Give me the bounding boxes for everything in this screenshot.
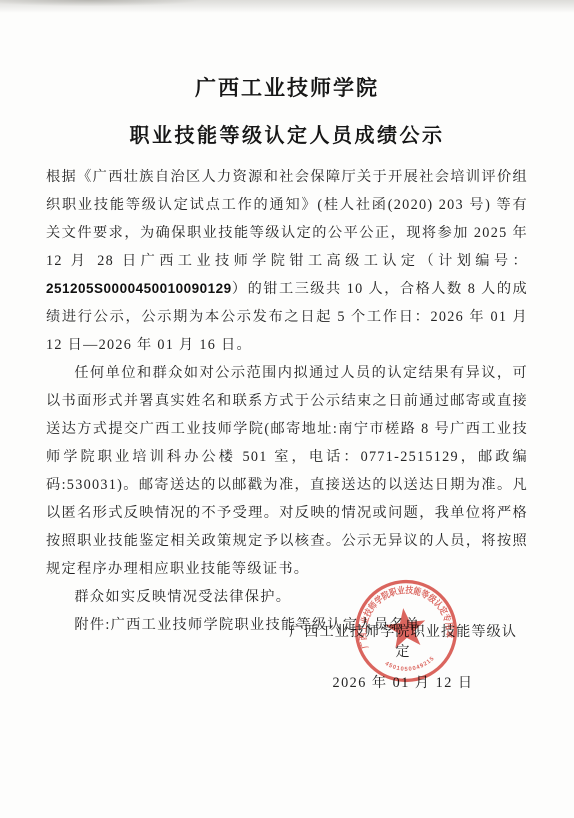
document-title-line1: 广西工业技师学院 <box>0 72 574 102</box>
notice-body: 根据《广西壮族自治区人力资源和社会保障厅关于开展社会培训评价组织职业技能等级认定… <box>46 163 528 639</box>
scan-smudge <box>0 0 340 14</box>
scan-edge-shadow <box>0 0 574 13</box>
notice-paragraph-1: 根据《广西壮族自治区人力资源和社会保障厅关于开展社会培训评价组织职业技能等级认定… <box>46 163 528 359</box>
notice-paragraph-3: 群众如实反映情况受法律保护。 <box>46 583 528 611</box>
scanned-notice-page: { "document": { "title_line1": "广西工业技师学院… <box>0 0 574 818</box>
notice-paragraph-2: 任何单位和群众如对公示范围内拟通过人员的认定结果有异议，可以书面形式并署真实姓名… <box>46 359 528 583</box>
issuer-name: 广西工业技师学院职业技能等级认定 <box>288 622 518 662</box>
plan-number: 251205S0000450010090129 <box>46 281 232 296</box>
paragraph-1-text-pre: 根据《广西壮族自治区人力资源和社会保障厅关于开展社会培训评价组织职业技能等级认定… <box>46 169 528 269</box>
issue-date: 2026 年 01 月 12 日 <box>288 673 518 693</box>
signature-block: 广西工业技师学院职业技能等级认定 2026 年 01 月 12 日 <box>288 622 518 693</box>
document-title-line2: 职业技能等级认定人员成绩公示 <box>0 119 574 148</box>
